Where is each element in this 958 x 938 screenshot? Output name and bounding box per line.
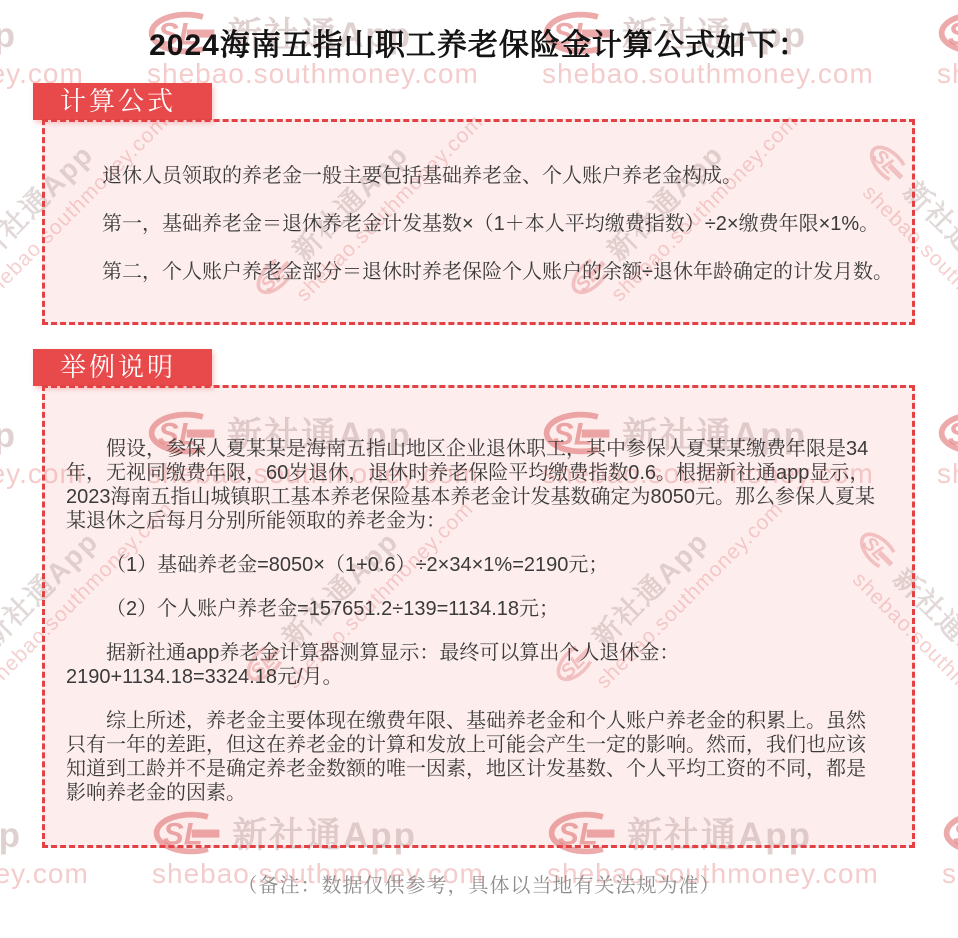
paragraph: （2）个人账户养老金=157651.2÷139=1134.18元； — [66, 597, 882, 621]
paragraph: 据新社通app养老金计算器测算显示：最终可以算出个人退休金：2190+1134.… — [66, 641, 882, 689]
section-label-formula: 计算公式 — [33, 83, 212, 120]
paragraph: 第二，个人账户养老金部分＝退休时养老保险个人账户的余额÷退休年龄确定的计发月数。 — [102, 260, 904, 285]
paragraph: 退休人员领取的养老金一般主要包括基础养老金、个人账户养老金构成。 — [102, 164, 904, 189]
footer-note: （备注：数据仅供参考，具体以当地有关法规为准） — [0, 869, 958, 898]
paragraph: 综上所述，养老金主要体现在缴费年限、基础养老金和个人账户养老金的积累上。虽然只有… — [66, 709, 882, 805]
paragraph: 假设，参保人夏某某是海南五指山地区企业退休职工，其中参保人夏某某缴费年限是34年… — [66, 437, 882, 533]
content: 2024海南五指山职工养老保险金计算公式如下： 计算公式 退休人员领取的养老金一… — [0, 0, 958, 938]
formula-section-box: 退休人员领取的养老金一般主要包括基础养老金、个人账户养老金构成。第一，基础养老金… — [42, 119, 915, 325]
paragraph: （1）基础养老金=8050×（1+0.6）÷2×34×1%=2190元； — [66, 553, 882, 577]
paragraph: 第一，基础养老金＝退休养老金计发基数×（1＋本人平均缴费指数）÷2×缴费年限×1… — [102, 212, 904, 237]
example-section-box: 假设，参保人夏某某是海南五指山地区企业退休职工，其中参保人夏某某缴费年限是34年… — [42, 385, 915, 848]
page-title: 2024海南五指山职工养老保险金计算公式如下： — [0, 20, 958, 64]
section-label-example: 举例说明 — [33, 349, 212, 386]
